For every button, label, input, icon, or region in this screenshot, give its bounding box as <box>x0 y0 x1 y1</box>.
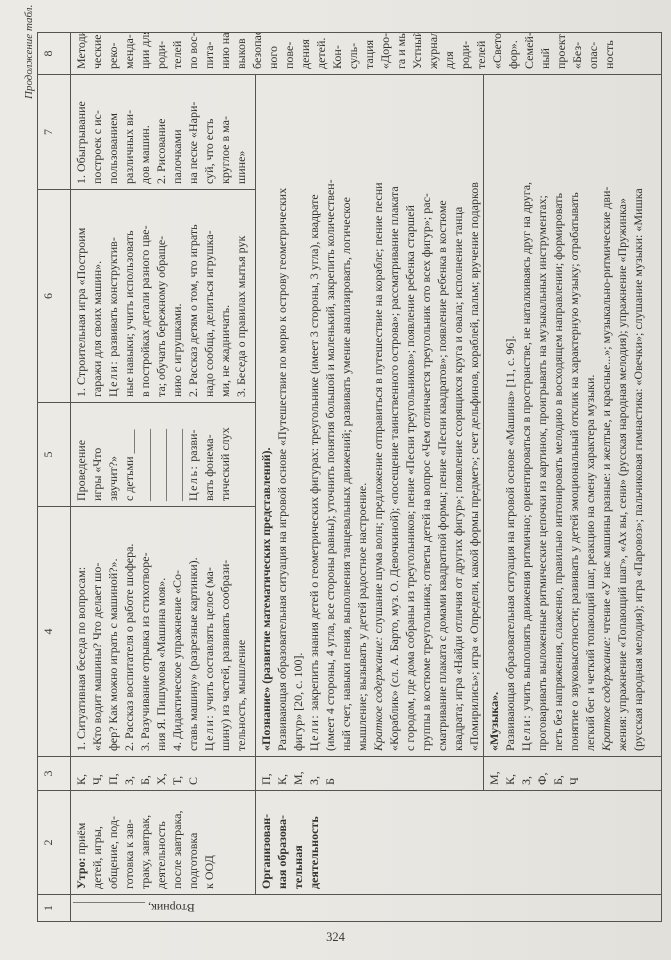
cell-codes-row1: К,Ч,П,З,Б,Х,Т,С <box>71 757 256 791</box>
column-number-8: 8 <box>38 33 71 75</box>
cell-codes-row2: П,К,М,З,Б <box>256 757 484 791</box>
cell-parents-recommendations: Методи-ческиереко-менда-ции дляроди-теле… <box>71 33 662 75</box>
day-date-blank: ____________ <box>73 901 148 915</box>
cell-codes-row3: М,К,З,Ф,Б,Ч <box>484 757 662 791</box>
cell-ood-muzyka-content: «Музыка».Развивающая образовательная сит… <box>484 75 662 757</box>
cell-ood-poznanie-content: «Познание» (развитие математических пред… <box>256 75 484 757</box>
cell-environment-activity: 1. Строительная игра «Построимгаражи для… <box>71 190 256 403</box>
table-continuation-note: Продолжение табл. <box>23 5 35 99</box>
column-number-5: 5 <box>38 403 71 507</box>
column-number-3: 3 <box>38 757 71 791</box>
cell-individual-work: Проведениеигры «Чтозвучит?»с детьми ____… <box>71 403 256 507</box>
planner-table: 1 2 3 4 5 6 7 8 Вторник, ____________ Ут… <box>37 32 662 922</box>
day-cell: Вторник, ____________ <box>71 895 662 922</box>
rotated-table-area: 1 2 3 4 5 6 7 8 Вторник, ____________ Ут… <box>37 33 660 922</box>
cell-regime-morning: Утро: приёмдетей, игры,общение, под-гото… <box>71 791 256 895</box>
day-label: Вторник, ____________ <box>73 900 195 916</box>
column-number-row: 1 2 3 4 5 6 7 8 <box>38 33 71 922</box>
column-number-1: 1 <box>38 895 71 922</box>
column-number-4: 4 <box>38 507 71 757</box>
table-row-ood-poznanie: Организован-ная образова-тельнаядеятельн… <box>256 33 484 922</box>
column-number-6: 6 <box>38 190 71 403</box>
day-name: Вторник, <box>148 901 195 915</box>
cell-joint-activity: 1. Ситуативная беседа по вопросам:«Кто в… <box>71 507 256 757</box>
page-number: 324 <box>0 930 671 945</box>
column-number-2: 2 <box>38 791 71 895</box>
table-row-morning: Вторник, ____________ Утро: приёмдетей, … <box>71 33 256 922</box>
scanned-page: Продолжение табл. 1 2 3 4 5 6 7 8 Вторни… <box>0 0 671 960</box>
cell-independent-activity: 1. Обыгрываниепостроек с ис-пользованием… <box>71 75 256 190</box>
column-number-7: 7 <box>38 75 71 190</box>
cell-ood-label: Организован-ная образова-тельнаядеятельн… <box>256 791 662 895</box>
table-row-ood-muzyka: М,К,З,Ф,Б,Ч «Музыка».Развивающая образов… <box>484 33 662 922</box>
